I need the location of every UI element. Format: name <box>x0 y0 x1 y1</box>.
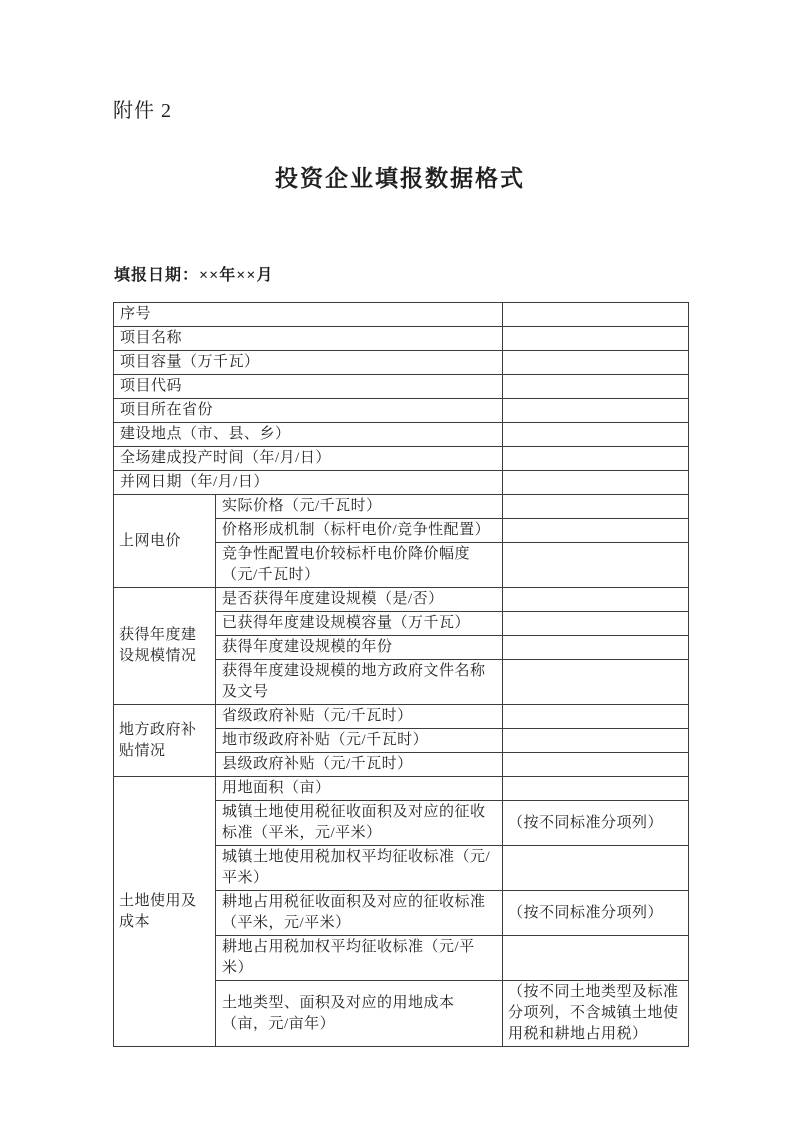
row-label: 价格形成机制（标杆电价/竞争性配置） <box>216 519 503 543</box>
row-value <box>503 495 689 519</box>
row-value <box>503 375 689 399</box>
table-row: 序号 <box>114 303 689 327</box>
row-value <box>503 327 689 351</box>
row-label: 实际价格（元/千瓦时） <box>216 495 503 519</box>
row-value <box>503 660 689 705</box>
row-value <box>503 729 689 753</box>
row-label: 土地类型、面积及对应的用地成本（亩，元/亩年） <box>216 981 503 1047</box>
row-value <box>503 543 689 588</box>
row-label: 城镇土地使用税加权平均征收标准（元/平米） <box>216 846 503 891</box>
row-value: （按不同标准分项列） <box>503 891 689 936</box>
filing-date-line: 填报日期：××年××月 <box>114 262 273 285</box>
row-value <box>503 846 689 891</box>
row-value <box>503 471 689 495</box>
table-row: 地方政府补贴情况省级政府补贴（元/千瓦时） <box>114 705 689 729</box>
row-value <box>503 447 689 471</box>
row-value <box>503 423 689 447</box>
row-value: （按不同标准分项列） <box>503 801 689 846</box>
form-table-body: 序号项目名称项目容量（万千瓦）项目代码项目所在省份建设地点（市、县、乡）全场建成… <box>114 303 689 1047</box>
row-label: 项目容量（万千瓦） <box>114 351 503 375</box>
group-label: 地方政府补贴情况 <box>114 705 216 777</box>
row-label: 城镇土地使用税征收面积及对应的征收标准（平米，元/平米） <box>216 801 503 846</box>
row-value <box>503 777 689 801</box>
data-format-table: 序号项目名称项目容量（万千瓦）项目代码项目所在省份建设地点（市、县、乡）全场建成… <box>113 302 689 1047</box>
attachment-label: 附件 2 <box>113 94 172 123</box>
row-label: 地市级政府补贴（元/千瓦时） <box>216 729 503 753</box>
row-label: 建设地点（市、县、乡） <box>114 423 503 447</box>
group-label: 上网电价 <box>114 495 216 588</box>
row-value <box>503 351 689 375</box>
row-label: 全场建成投产时间（年/月/日） <box>114 447 503 471</box>
row-value <box>503 303 689 327</box>
row-label: 用地面积（亩） <box>216 777 503 801</box>
page-title: 投资企业填报数据格式 <box>0 160 800 193</box>
row-label: 县级政府补贴（元/千瓦时） <box>216 753 503 777</box>
row-value: （按不同土地类型及标准分项列，不含城镇土地使用税和耕地占用税） <box>503 981 689 1047</box>
document-page: 附件 2 投资企业填报数据格式 填报日期：××年××月 序号项目名称项目容量（万… <box>0 0 800 1131</box>
row-label: 获得年度建设规模的地方政府文件名称及文号 <box>216 660 503 705</box>
row-value <box>503 936 689 981</box>
table-row: 建设地点（市、县、乡） <box>114 423 689 447</box>
row-label: 已获得年度建设规模容量（万千瓦） <box>216 612 503 636</box>
row-label: 项目名称 <box>114 327 503 351</box>
table-row: 项目容量（万千瓦） <box>114 351 689 375</box>
table-row: 土地使用及成本用地面积（亩） <box>114 777 689 801</box>
row-label: 序号 <box>114 303 503 327</box>
row-label: 是否获得年度建设规模（是/否） <box>216 588 503 612</box>
row-label: 省级政府补贴（元/千瓦时） <box>216 705 503 729</box>
table-row: 全场建成投产时间（年/月/日） <box>114 447 689 471</box>
group-label: 获得年度建设规模情况 <box>114 588 216 705</box>
table-row: 项目所在省份 <box>114 399 689 423</box>
row-value <box>503 399 689 423</box>
row-label: 竞争性配置电价较标杆电价降价幅度（元/千瓦时） <box>216 543 503 588</box>
row-label: 并网日期（年/月/日） <box>114 471 503 495</box>
row-value <box>503 519 689 543</box>
row-value <box>503 636 689 660</box>
row-label: 耕地占用税征收面积及对应的征收标准（平米，元/平米） <box>216 891 503 936</box>
table-row: 上网电价实际价格（元/千瓦时） <box>114 495 689 519</box>
table-row: 获得年度建设规模情况是否获得年度建设规模（是/否） <box>114 588 689 612</box>
row-value <box>503 753 689 777</box>
row-label: 耕地占用税加权平均征收标准（元/平米） <box>216 936 503 981</box>
row-value <box>503 588 689 612</box>
table-row: 项目名称 <box>114 327 689 351</box>
group-label: 土地使用及成本 <box>114 777 216 1047</box>
row-label: 项目代码 <box>114 375 503 399</box>
row-value <box>503 612 689 636</box>
row-value <box>503 705 689 729</box>
row-label: 获得年度建设规模的年份 <box>216 636 503 660</box>
table-row: 并网日期（年/月/日） <box>114 471 689 495</box>
table-row: 项目代码 <box>114 375 689 399</box>
row-label: 项目所在省份 <box>114 399 503 423</box>
